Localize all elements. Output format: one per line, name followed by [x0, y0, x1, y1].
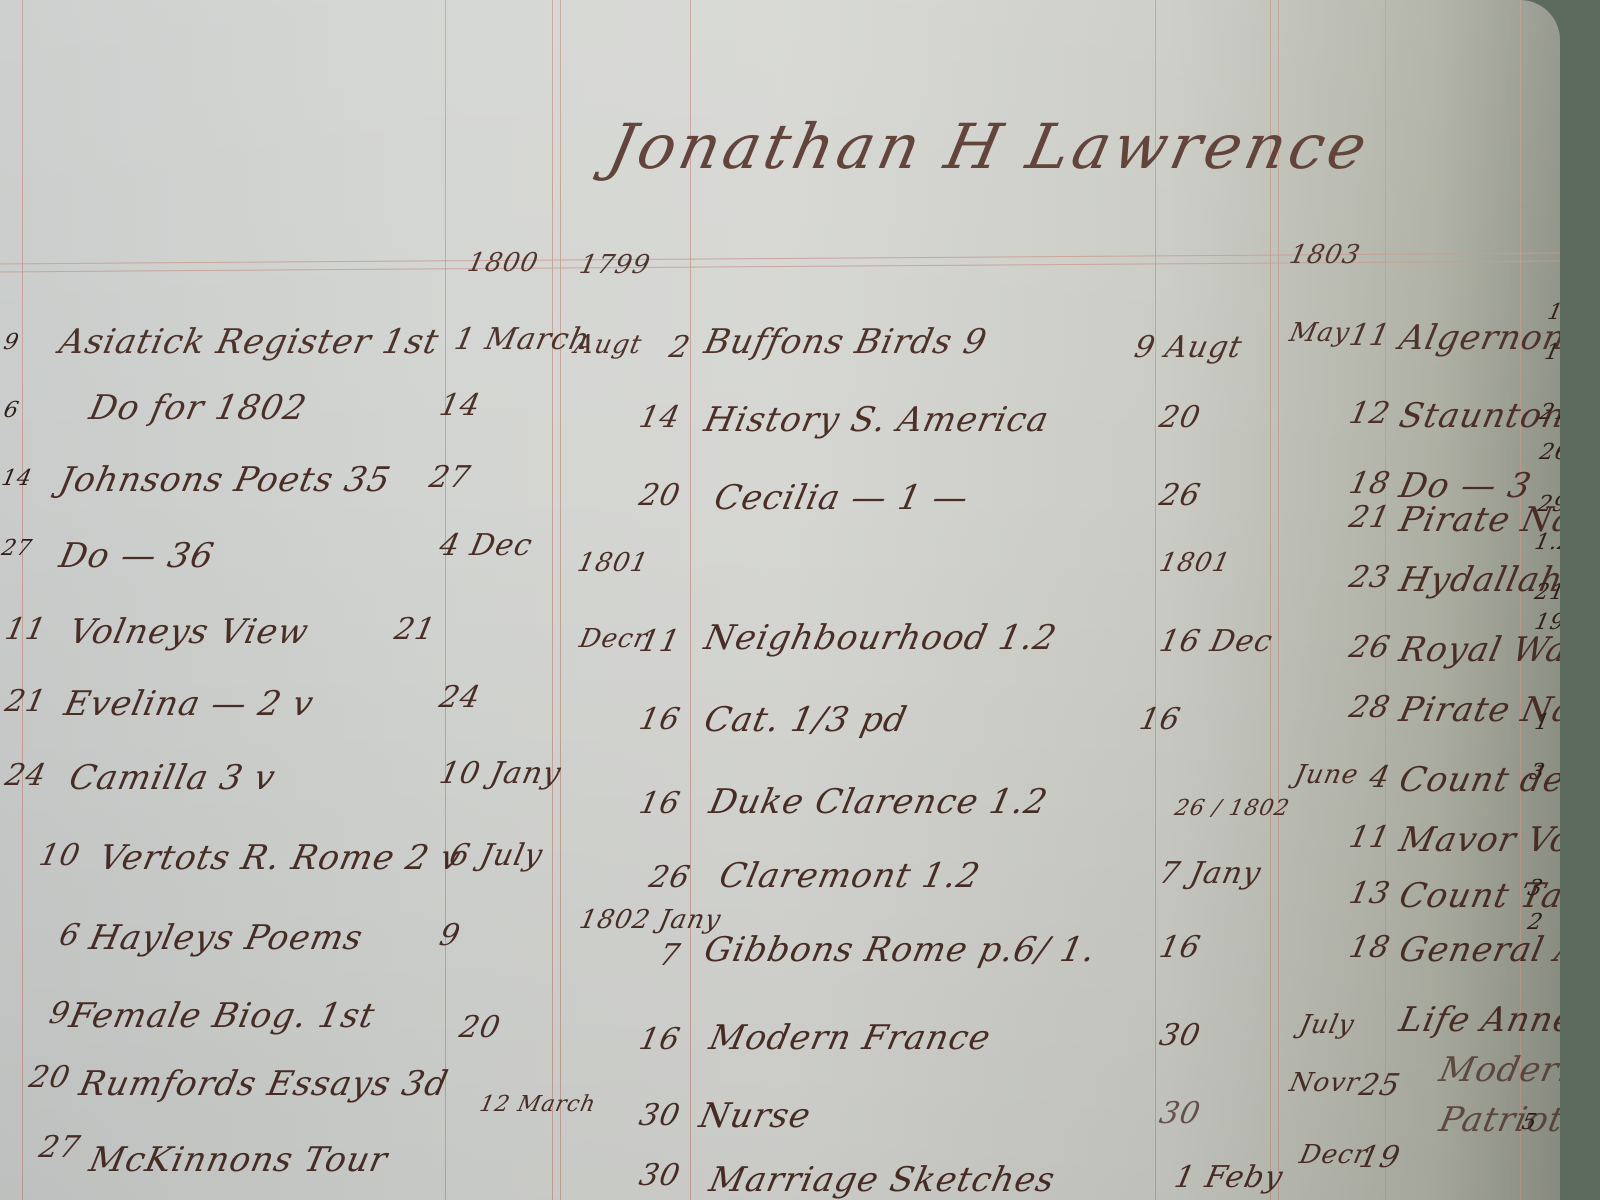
entry-title: Modern France — [706, 1018, 995, 1058]
margin-number: 6 — [1, 398, 21, 423]
edge-number: 29 — [1535, 492, 1560, 517]
entry-day: 18 — [1326, 930, 1393, 965]
column-rule — [1385, 0, 1386, 1200]
entry-day: 2 — [626, 330, 693, 365]
entry-return: 26 / 1802 — [1172, 796, 1292, 821]
entry-month: July — [1297, 1010, 1358, 1040]
entry-month: 1802 Jany — [577, 905, 724, 935]
entry-title: Johnsons Poets 35 — [56, 460, 395, 500]
entry-return: 16 — [1136, 702, 1184, 737]
entry-title: Do — 36 — [56, 536, 218, 576]
entry-return: 12 March — [477, 1092, 598, 1117]
margin-number: 9 — [1, 330, 21, 355]
entry-return: 26 — [1156, 478, 1204, 513]
entry-return: 24 — [436, 680, 484, 715]
entry-title: Gibbons Rome p.6/ 1. — [701, 930, 1100, 970]
entry-day: 26 — [1326, 630, 1393, 665]
entry-title: Asiatick Register 1st — [56, 322, 443, 362]
column-rule — [552, 0, 553, 1200]
entry-title: Patriot — [1436, 1100, 1560, 1140]
entry-title: Pirate Naples — [1396, 500, 1560, 540]
entry-title: Female Biog. 1st — [66, 996, 379, 1036]
entry-day: 16 — [616, 702, 683, 737]
year-label: 1801 — [575, 548, 652, 578]
entry-title: Modern — [1436, 1050, 1560, 1090]
entry-day: 16 — [616, 1022, 683, 1057]
entry-return: 9 — [436, 918, 464, 953]
year-label: 1799 — [577, 250, 654, 280]
edge-number: 1.2 — [1532, 530, 1560, 555]
column-rule — [445, 0, 446, 1200]
entry-day: 10 — [16, 838, 83, 873]
entry-day: 30 — [616, 1098, 683, 1133]
margin-number: 14 — [0, 466, 35, 491]
column-rule — [560, 0, 561, 1200]
entry-day: 11 — [616, 624, 683, 659]
entry-title: Rumfords Essays 3d — [76, 1064, 452, 1104]
entry-day: 21 — [0, 684, 50, 719]
entry-title: Hayleys Poems — [86, 918, 367, 958]
entry-return: 30 — [1156, 1096, 1204, 1131]
entry-title: Camilla 3 v — [66, 758, 279, 798]
entry-day: 7 — [616, 938, 683, 973]
entry-day: 6 — [16, 918, 83, 953]
entry-return: 1 March — [451, 322, 593, 357]
entry-title: Life Anne — [1396, 1000, 1560, 1040]
entry-return: 7 Jany — [1156, 856, 1264, 891]
entry-day: 11 — [1326, 820, 1393, 855]
edge-number: 26 — [1537, 440, 1560, 465]
entry-title: Marriage Sketches — [706, 1160, 1059, 1200]
page-heading: Jonathan H Lawrence — [602, 110, 1377, 183]
entry-day: 12 — [1326, 396, 1393, 431]
entry-title: Mavor Voyages — [1396, 820, 1560, 860]
entry-return: 1 Feby — [1171, 1160, 1286, 1195]
entry-return: 14 — [436, 388, 484, 423]
entry-return: 16 Dec — [1156, 624, 1276, 659]
entry-return: 4 Dec — [436, 528, 536, 563]
edge-number: 21 — [1537, 400, 1560, 425]
entry-day: 30 — [616, 1158, 683, 1193]
entry-day: 13 — [1326, 876, 1393, 911]
edge-number: 21 — [1532, 580, 1560, 605]
entry-day: 21 — [1326, 500, 1393, 535]
entry-title: Royal Wanderer — [1396, 630, 1560, 670]
entry-day: 9 — [6, 996, 73, 1031]
entry-day: 27 — [16, 1130, 83, 1165]
entry-title: Buffons Birds 9 — [701, 322, 991, 362]
entry-return: 27 — [426, 460, 474, 495]
entry-day: 4 — [1326, 760, 1393, 795]
year-label: 1803 — [1287, 240, 1364, 270]
margin-number: 27 — [0, 536, 35, 561]
entry-title: Evelina — 2 v — [61, 684, 318, 724]
entry-return: 20 — [1156, 400, 1204, 435]
entry-title: McKinnons Tour — [86, 1140, 392, 1180]
entry-title: Cecilia — 1 — — [711, 478, 973, 518]
entry-day: 20 — [616, 478, 683, 513]
entry-day: 19 — [1336, 1140, 1403, 1175]
entry-return: 30 — [1156, 1018, 1204, 1053]
entry-title: Do for 1802 — [86, 388, 311, 428]
entry-day: 26 — [626, 860, 693, 895]
entry-title: Vertots R. Rome 2 v — [96, 838, 465, 878]
entry-day: 28 — [1326, 690, 1393, 725]
entry-day: 25 — [1336, 1068, 1403, 1103]
entry-title: Nurse — [696, 1096, 815, 1136]
entry-day: 20 — [6, 1060, 73, 1095]
entry-day: 24 — [0, 758, 50, 793]
entry-title: Cat. 1/3 pd — [701, 700, 911, 740]
edge-number: 1 — [1545, 300, 1560, 325]
entry-title: Claremont 1.2 — [716, 856, 984, 896]
entry-title: Duke Clarence 1.2 — [706, 782, 1052, 822]
entry-return: 20 — [456, 1010, 504, 1045]
year-label: 1801 — [1157, 548, 1234, 578]
entry-day: 14 — [616, 400, 683, 435]
entry-return: 6 July — [446, 838, 546, 873]
entry-day: 18 — [1326, 466, 1393, 501]
entry-day: 11 — [1326, 318, 1393, 353]
entry-title: Neighbourhood 1.2 — [701, 618, 1061, 658]
entry-day: 23 — [1326, 560, 1393, 595]
entry-title: History S. America — [701, 400, 1053, 440]
entry-title: Volneys View — [66, 612, 313, 652]
entry-title: Staunton — [1396, 396, 1560, 436]
year-label: 1800 — [465, 248, 542, 278]
ledger-page: Jonathan H Lawrence 1800 1799 1803 9 6 1… — [0, 0, 1560, 1200]
entry-day: 16 — [616, 786, 683, 821]
entry-return: 9 Augt — [1131, 330, 1245, 365]
entry-return: 10 Jany — [436, 756, 564, 791]
entry-return: 16 — [1156, 930, 1204, 965]
entry-title: Algernon — [1396, 318, 1560, 358]
entry-day: 11 — [0, 612, 50, 647]
entry-return: 21 — [391, 612, 439, 647]
entry-title: General Anne — [1396, 930, 1560, 970]
edge-number: 19 — [1532, 610, 1560, 635]
